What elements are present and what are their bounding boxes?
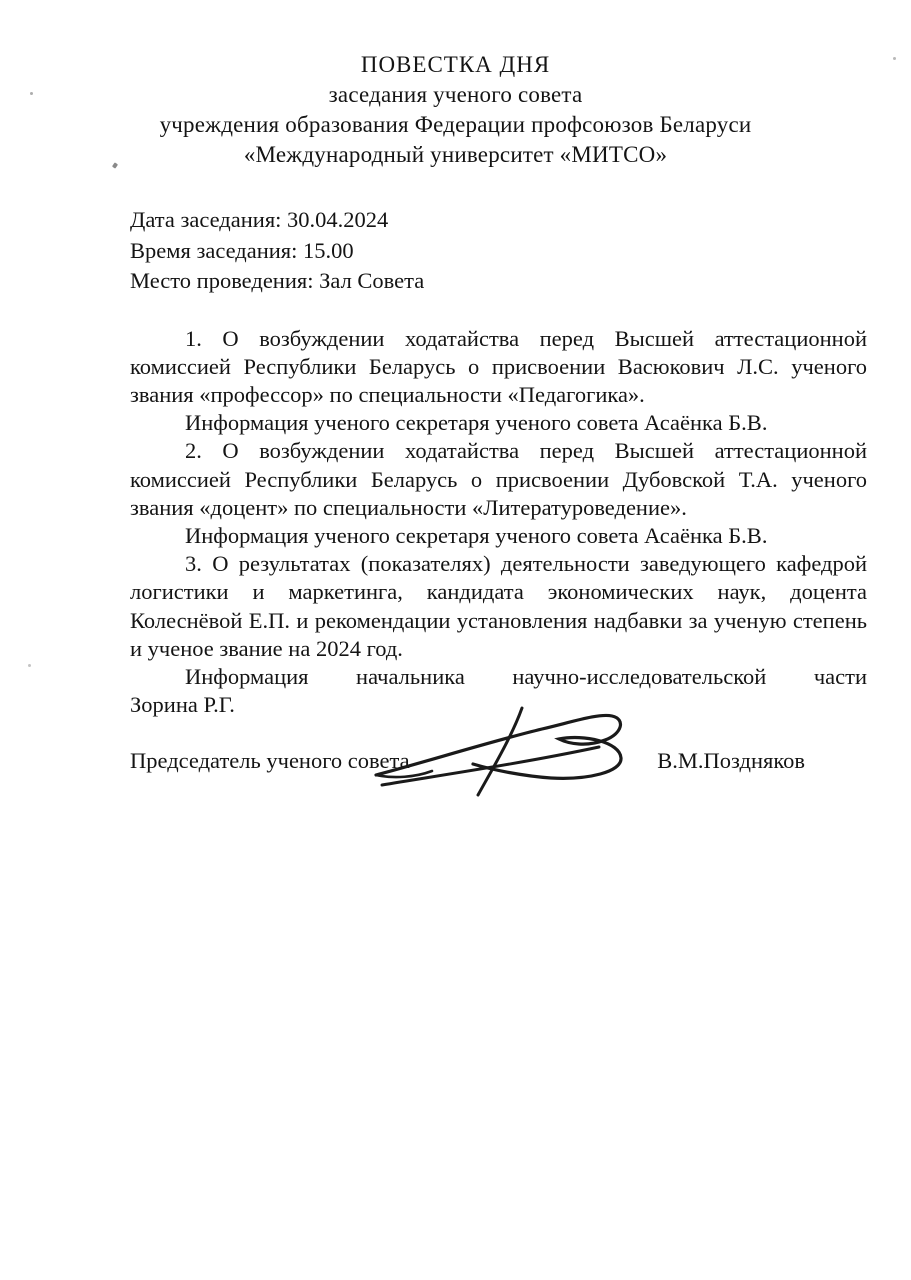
header-subtitle-2: учреждения образования Федерации профсою… [0,110,911,140]
scan-speck [28,664,31,667]
document-header: ПОВЕСТКА ДНЯ заседания ученого совета уч… [0,0,911,170]
agenda-item-3-info: Информация начальника научно-исследовате… [130,663,867,719]
agenda-item-2: 2. О возбуждении ходатайства перед Высше… [130,437,867,522]
agenda-item-1-info: Информация ученого секретаря ученого сов… [130,409,867,437]
signer-name: В.М.Поздняков [657,747,805,775]
agenda-item-3: 3. О результатах (показателях) деятельно… [130,550,867,663]
document-page: ПОВЕСТКА ДНЯ заседания ученого совета уч… [0,0,911,1280]
scan-speck [30,92,33,95]
meeting-meta: Дата заседания: 30.04.2024 Время заседан… [130,205,866,297]
signature-scribble [372,705,640,803]
meeting-place: Место проведения: Зал Совета [130,266,866,297]
header-subtitle-3: «Международный университет «МИТСО» [0,140,911,170]
scan-speck [893,57,896,60]
agenda-item-3-info-line-1: Информация начальника научно-исследовате… [130,663,867,691]
meeting-time: Время заседания: 15.00 [130,236,866,267]
meeting-date: Дата заседания: 30.04.2024 [130,205,866,236]
agenda-item-3-info-line-2: Зорина Р.Г. [130,691,867,719]
agenda-section: 1. О возбуждении ходатайства перед Высше… [130,325,867,720]
agenda-title: ПОВЕСТКА ДНЯ [0,50,911,80]
signer-role: Председатель ученого совета [130,747,410,775]
signature-row: Председатель ученого совета В.М.Поздняко… [0,747,911,775]
header-subtitle-1: заседания ученого совета [0,80,911,110]
agenda-item-1: 1. О возбуждении ходатайства перед Высше… [130,325,867,410]
agenda-item-2-info: Информация ученого секретаря ученого сов… [130,522,867,550]
